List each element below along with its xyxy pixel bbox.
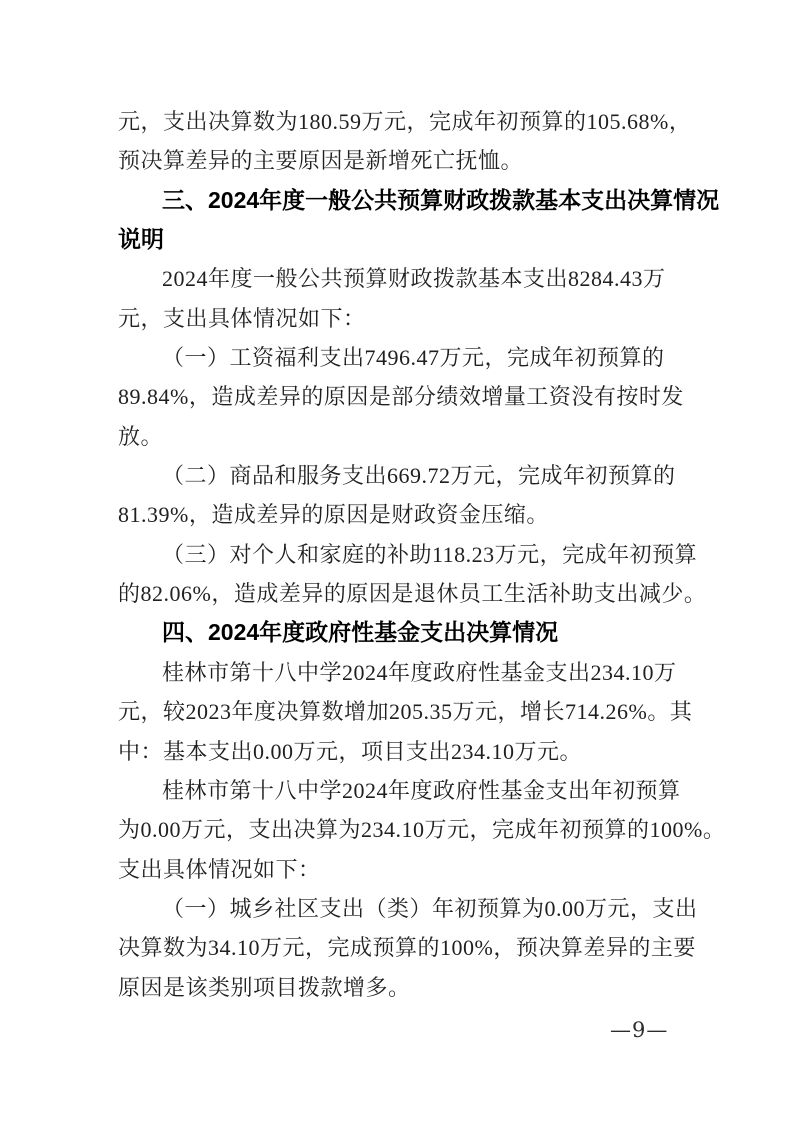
text-line: 81.39%，造成差异的原因是财政资金压缩。	[118, 495, 690, 534]
text-line: 89.84%，造成差异的原因是部分绩效增量工资没有按时发	[118, 377, 690, 416]
text-line: 2024年度一般公共预算财政拨款基本支出8284.43万	[118, 259, 690, 298]
text-line: （一）城乡社区支出（类）年初预算为0.00万元，支出	[118, 889, 690, 928]
text-line: 元，支出具体情况如下：	[118, 299, 690, 338]
text-line: 的82.06%，造成差异的原因是退休员工生活补助支出减少。	[118, 574, 690, 613]
document-body: 元，支出决算数为180.59万元，完成年初预算的105.68%，预决算差异的主要…	[118, 102, 690, 1007]
text-line: 中：基本支出0.00万元，项目支出234.10万元。	[118, 732, 690, 771]
text-line: 桂林市第十八中学2024年度政府性基金支出年初预算	[118, 771, 690, 810]
text-line: 决算数为34.10万元，完成预算的100%，预决算差异的主要	[118, 928, 690, 967]
text-line: （三）对个人和家庭的补助118.23万元，完成年初预算	[118, 535, 690, 574]
text-line: 桂林市第十八中学2024年度政府性基金支出234.10万	[118, 653, 690, 692]
text-line: 支出具体情况如下：	[118, 850, 690, 889]
text-line: 原因是该类别项目拨款增多。	[118, 968, 690, 1007]
section-heading-line: 说明	[118, 220, 690, 259]
text-line: 预决算差异的主要原因是新增死亡抚恤。	[118, 141, 690, 180]
text-line: 元，支出决算数为180.59万元，完成年初预算的105.68%，	[118, 102, 690, 141]
text-line: （一）工资福利支出7496.47万元，完成年初预算的	[118, 338, 690, 377]
document-page: 元，支出决算数为180.59万元，完成年初预算的105.68%，预决算差异的主要…	[0, 0, 800, 1131]
text-line: 放。	[118, 417, 690, 456]
text-line: 为0.00万元，支出决算为234.10万元，完成年初预算的100%。	[118, 810, 690, 849]
section-heading-line: 三、2024年度一般公共预算财政拨款基本支出决算情况	[118, 181, 690, 220]
text-line: （二）商品和服务支出669.72万元，完成年初预算的	[118, 456, 690, 495]
section-heading-line: 四、2024年度政府性基金支出决算情况	[118, 613, 690, 652]
page-number: —9—	[610, 1018, 668, 1042]
text-line: 元，较2023年度决算数增加205.35万元，增长714.26%。其	[118, 692, 690, 731]
